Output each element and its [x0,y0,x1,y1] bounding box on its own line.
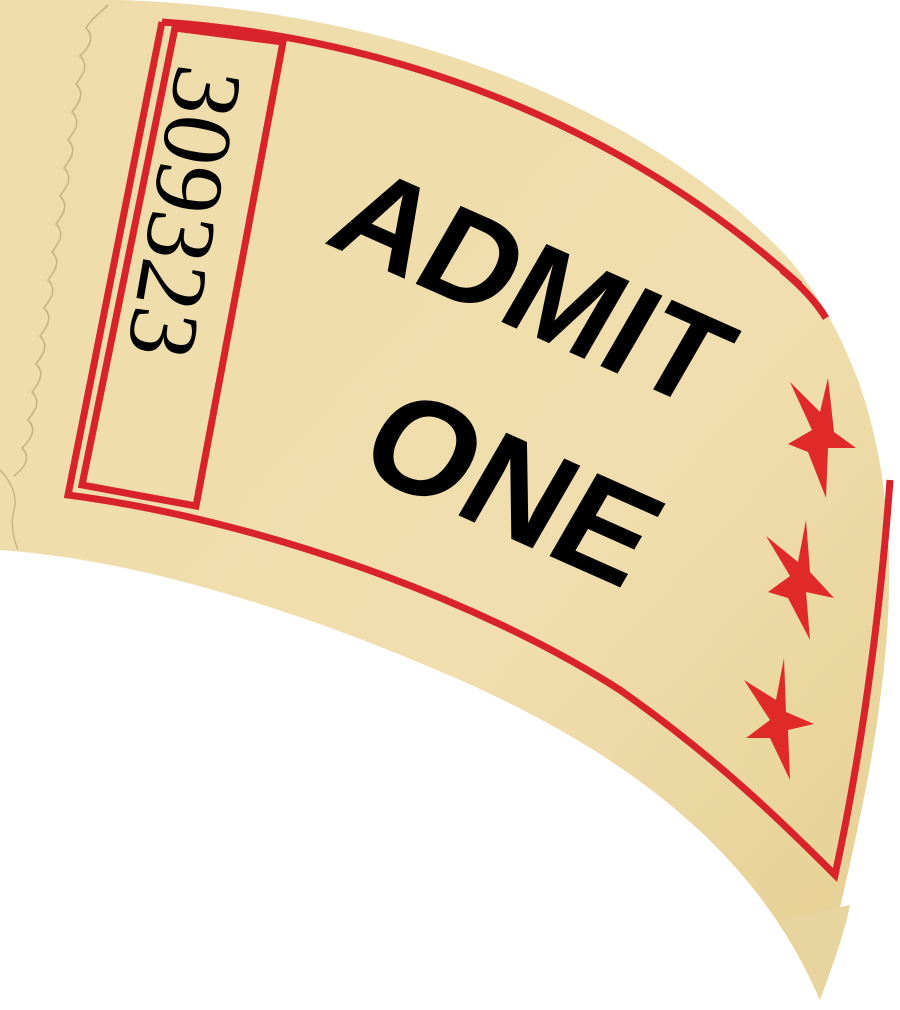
ticket-curl-tip [780,905,850,1000]
admit-one-ticket-illustration: 309323 ADMIT ONE [0,0,900,1010]
